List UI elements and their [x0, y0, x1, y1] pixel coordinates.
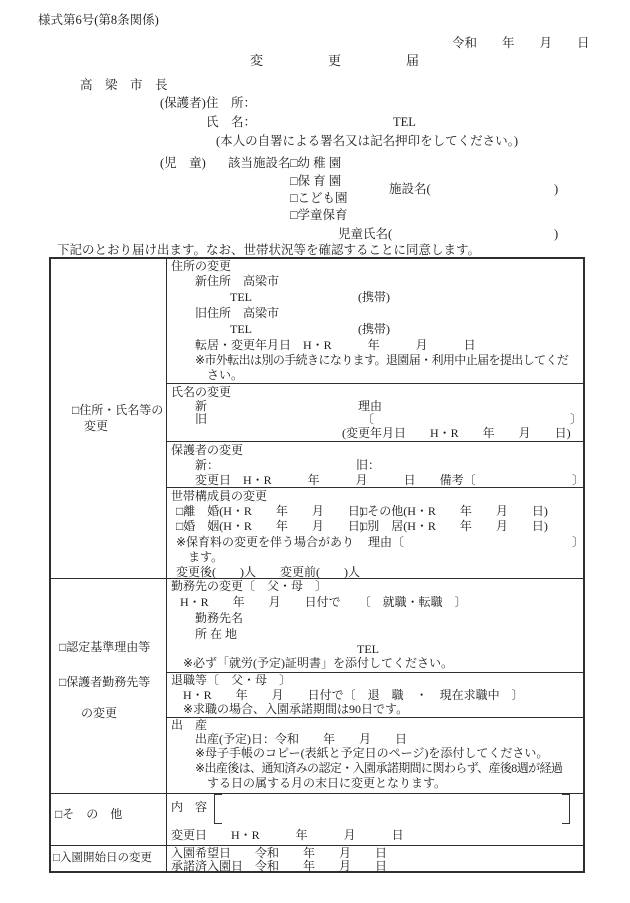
- birth-title: 出 産: [171, 719, 207, 732]
- guardian-change-old-label: 旧：: [356, 459, 380, 472]
- guardian-change-new-label: 新：: [195, 459, 219, 472]
- birth-note3: する日の属する月の末日に変更となります。: [207, 777, 446, 790]
- work-location-label: 所 在 地: [195, 628, 237, 641]
- name-change-title: 氏名の変更: [171, 386, 231, 399]
- checkbox-marriage[interactable]: □婚 姻(H・R 年 月 日): [176, 520, 364, 533]
- old-address-tel-label: TEL: [230, 323, 252, 336]
- signature-note: (本人の自署による署名又は記名押印をしてください。): [216, 134, 518, 148]
- retirement-title: 退職等〔 父・母 〕: [171, 674, 291, 687]
- guardian-change-title: 保護者の変更: [171, 444, 243, 457]
- guardian-change-bracket-close: 〕: [572, 474, 584, 487]
- facility-name-field-close: ): [554, 182, 558, 196]
- guardian-name-label: 氏 名：: [206, 115, 256, 129]
- row1-label-line2: 変更: [84, 420, 108, 433]
- household-reason-label: 理由〔: [368, 536, 404, 549]
- checkbox-separation[interactable]: □別 居(H・R 年 月 日): [360, 520, 548, 533]
- checkbox-divorce[interactable]: □離 婚(H・R 年 月 日): [176, 505, 364, 518]
- checkbox-kodomoen[interactable]: □こども園: [290, 191, 348, 205]
- work-employer-label: 勤務先名: [195, 612, 243, 625]
- date-line: 令和 年 月 日: [452, 36, 590, 50]
- birth-note1: ※母子手帳のコピー(表紙と予定日のページ)を添付してください。: [195, 747, 548, 760]
- row2-label-checkbox-1[interactable]: □認定基準理由等: [59, 641, 150, 654]
- work-change-title: 勤務先の変更〔 父・母 〕: [171, 580, 327, 593]
- page-title: 変 更 届: [250, 54, 419, 69]
- work-change-date-line: H・R 年 月 日付で 〔 就職・転職 〕: [180, 596, 467, 609]
- household-fee-note2: ます。: [188, 551, 223, 564]
- divider-row2-row3: [49, 793, 585, 794]
- household-change-title: 世帯構成員の変更: [171, 490, 267, 503]
- work-certificate-note: ※必ず「就労(予定)証明書」を添付してください。: [183, 657, 453, 670]
- other-content-label: 内 容: [171, 801, 207, 814]
- move-note-line2: さい。: [207, 369, 243, 382]
- household-count-line: 変更後( )人 変更前( )人: [176, 566, 360, 579]
- content-bracket-left: [214, 794, 222, 824]
- address-change-title: 住所の変更: [171, 260, 231, 273]
- old-address-mobile-label: (携帯): [358, 323, 390, 336]
- name-change-date-line: (変更年月日 H・R 年 月 日): [342, 427, 571, 440]
- old-address-line: 旧住所 高梁市: [195, 307, 279, 320]
- checkbox-gakudo[interactable]: □学童保育: [290, 208, 348, 222]
- divider-name-guardian: [166, 441, 585, 442]
- new-address-mobile-label: (携帯): [358, 291, 390, 304]
- checkbox-nursery[interactable]: □保 育 園: [290, 174, 341, 188]
- guardian-label: (保護者): [160, 96, 206, 110]
- new-address-tel-label: TEL: [230, 291, 252, 304]
- child-name-label: 児童氏名: [338, 227, 388, 241]
- retirement-date-line: H・R 年 月 日付で〔 退 職 ・ 現在求職中 〕: [183, 689, 524, 702]
- approved-entry-date-line: 承諾済入園日 令和 年 月 日: [171, 860, 387, 873]
- form-number: 様式第6号(第8条関係): [38, 13, 159, 27]
- facility-label: 該当施設名: [228, 156, 291, 170]
- guardian-change-date-line: 変更日 H・R 年 月 日 備考〔: [195, 474, 476, 487]
- other-change-date-line: 変更日 H・R 年 月 日: [171, 829, 404, 842]
- row3-label-checkbox[interactable]: □そ の 他: [55, 808, 122, 821]
- row2-label-checkbox-2[interactable]: □保護者勤務先等: [59, 676, 150, 689]
- checkbox-other[interactable]: □その他(H・R 年 月 日): [360, 505, 548, 518]
- household-fee-note: ※保育料の変更を伴う場合があり: [176, 536, 354, 549]
- column-divider: [166, 257, 167, 873]
- child-name-open-paren: (: [388, 227, 392, 241]
- move-note-line1: ※市外転出は別の手続きになります。退園届・利用中止届を提出してくだ: [195, 354, 568, 367]
- birth-date-line: 出産(予定)日：令和 年 月 日: [195, 733, 407, 746]
- child-label: (児 童): [160, 156, 206, 170]
- birth-note2: ※出産後は、通知済みの認定・入園承諾期間に関わらず、産後8週が経過: [195, 762, 562, 775]
- divider-address-name: [166, 383, 585, 384]
- retirement-note: ※求職の場合、入園承諾期間は90日です。: [183, 703, 408, 716]
- guardian-tel-label: TEL: [393, 115, 416, 129]
- agreement-sentence: 下記のとおり届け出ます。なお、世帯状況等を確認することに同意します。: [57, 243, 480, 257]
- household-bracket-close: 〕: [572, 536, 584, 549]
- facility-name-field-label: 施設名(: [389, 182, 431, 196]
- checkbox-kindergarten[interactable]: □幼 稚 園: [290, 156, 341, 170]
- work-tel-label: TEL: [357, 643, 379, 656]
- new-address-line: 新住所 高梁市: [195, 275, 279, 288]
- child-name-close-paren: ): [554, 227, 558, 241]
- row1-label-checkbox[interactable]: □住所・氏名等の: [72, 404, 163, 417]
- addressee-mayor: 高 梁 市 長: [80, 78, 168, 92]
- name-change-bracket-open: 〔: [362, 413, 374, 426]
- name-change-bracket-close: 〕: [570, 413, 582, 426]
- row2-label-line3: の変更: [81, 707, 117, 720]
- row4-label-checkbox[interactable]: □入園開始日の変更: [53, 852, 152, 865]
- name-change-old-label: 旧: [195, 413, 207, 426]
- divider-retire-birth: [166, 717, 585, 718]
- move-date-line: 転居・変更年月日 H・R 年 月 日: [195, 339, 476, 352]
- change-notification-form: 様式第6号(第8条関係) 令和 年 月 日 変 更 届 高 梁 市 長 (保護者…: [0, 0, 630, 903]
- content-bracket-right: [562, 794, 570, 824]
- guardian-address-label: 住 所：: [206, 96, 256, 110]
